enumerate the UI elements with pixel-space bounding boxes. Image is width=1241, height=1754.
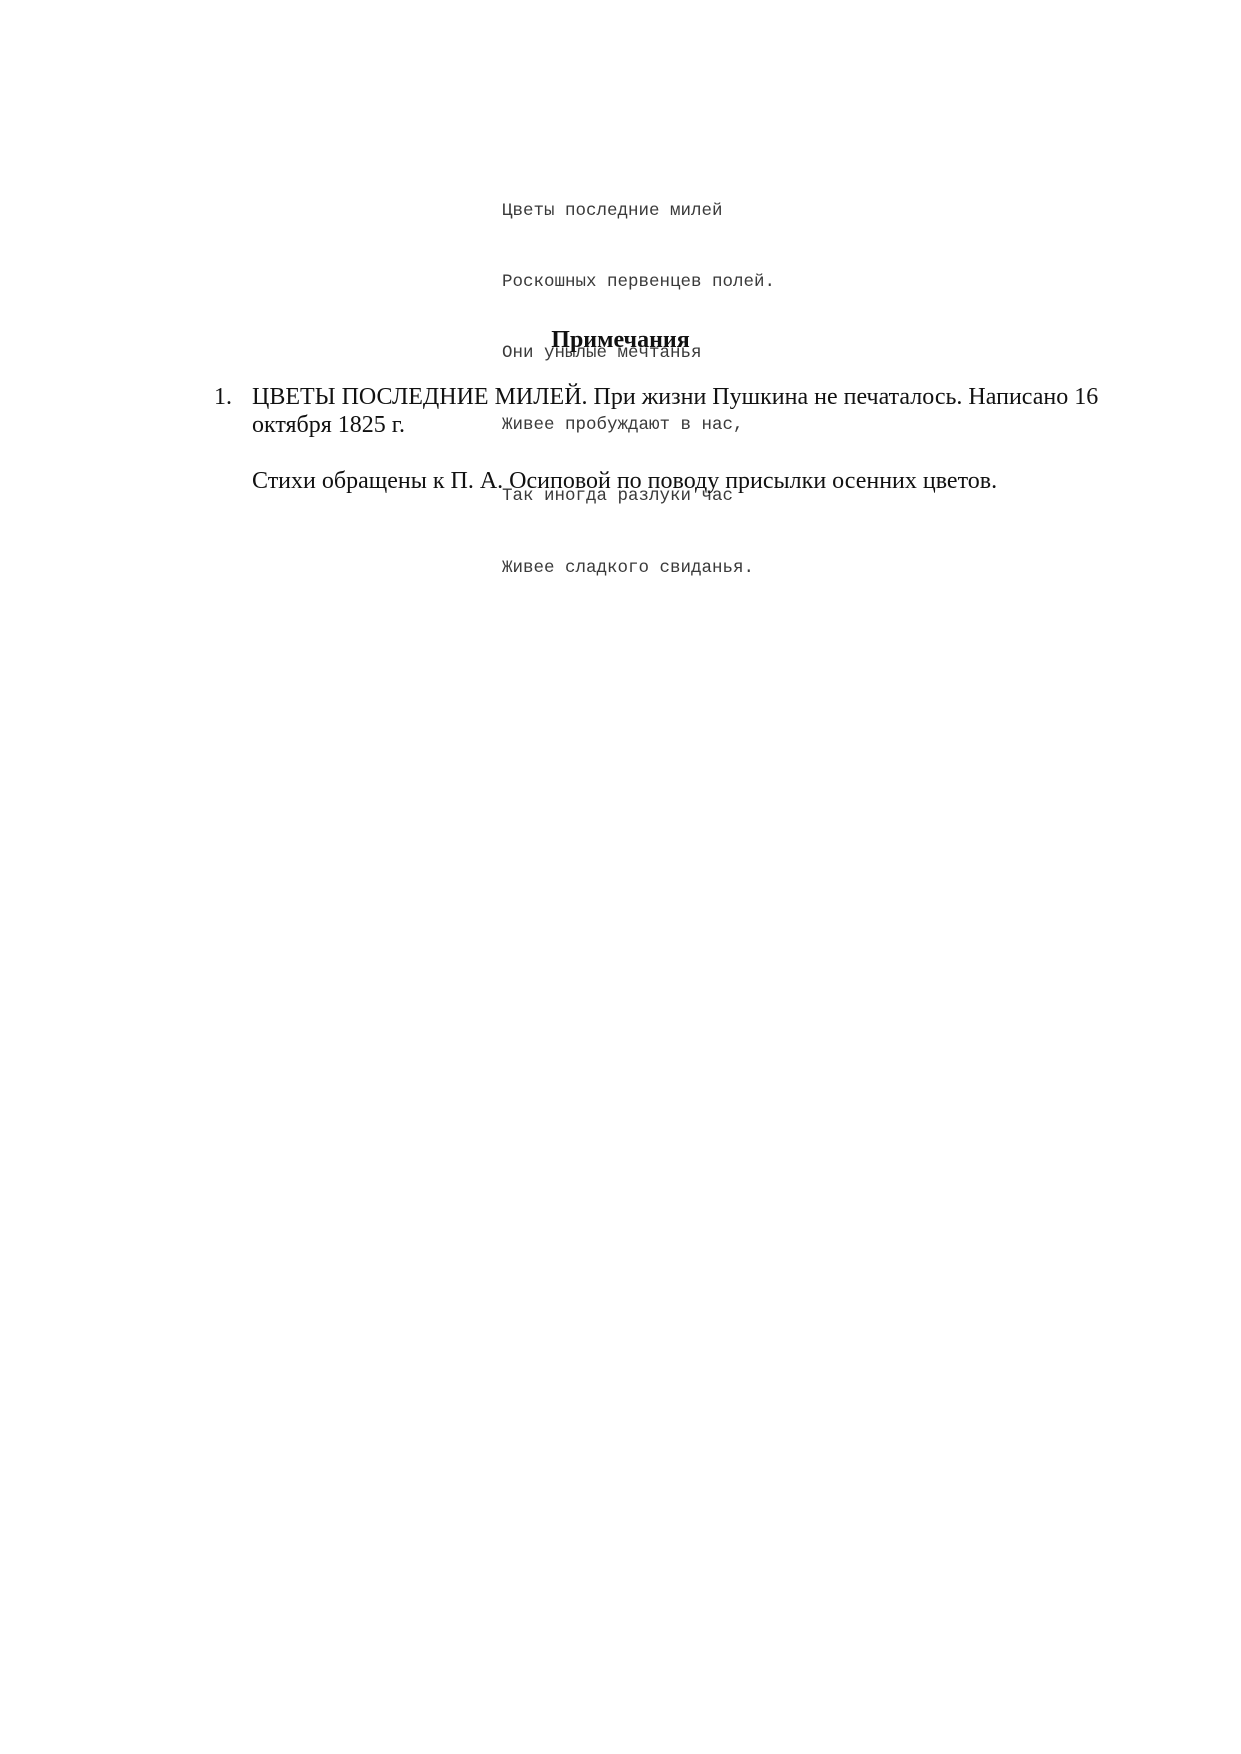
note-paragraph: Стихи обращены к П. А. Осиповой по повод… (252, 467, 1144, 495)
poem-line: Цветы последние милей (502, 200, 775, 224)
note-number: 1. (214, 383, 232, 411)
notes-list: 1. ЦВЕТЫ ПОСЛЕДНИЕ МИЛЕЙ. При жизни Пушк… (214, 383, 1144, 523)
notes-heading: Примечания (0, 327, 1241, 354)
poem-line: Роскошных первенцев полей. (502, 271, 775, 295)
poem-line: Живее сладкого свиданья. (502, 557, 775, 581)
document-page: Цветы последние милей Роскошных первенце… (0, 0, 1241, 1754)
note-item: 1. ЦВЕТЫ ПОСЛЕДНИЕ МИЛЕЙ. При жизни Пушк… (214, 383, 1144, 495)
note-paragraph: ЦВЕТЫ ПОСЛЕДНИЕ МИЛЕЙ. При жизни Пушкина… (252, 383, 1144, 439)
